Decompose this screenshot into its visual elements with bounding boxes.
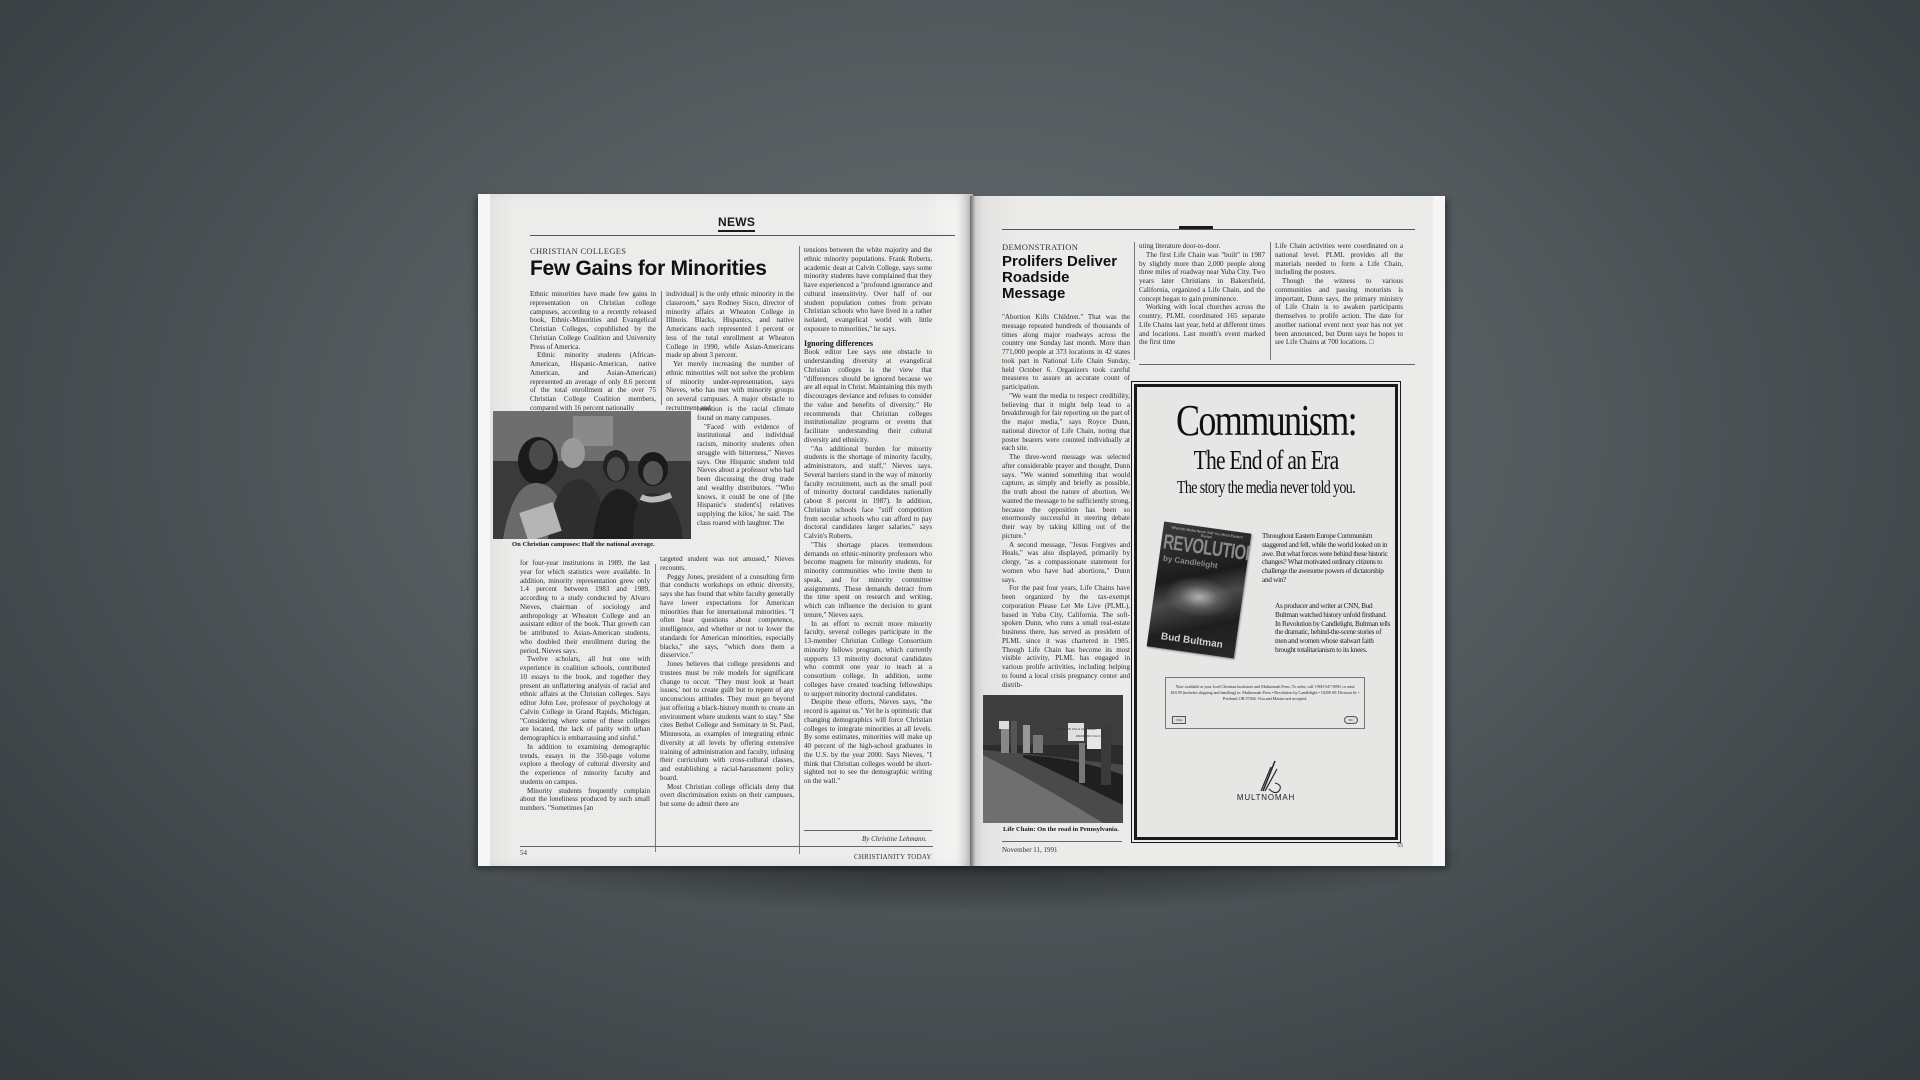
footer-rule xyxy=(520,846,933,847)
students-photo-illustration xyxy=(493,411,691,539)
paragraph: The three-word message was selected afte… xyxy=(1002,453,1130,541)
paragraph: Book editor Lee says one obstacle to und… xyxy=(804,348,932,444)
advertisement-communism-book: Communism: The End of an Era The story t… xyxy=(1134,384,1398,840)
issue-date: November 11, 1991 xyxy=(1002,846,1058,854)
paragraph: tensions between the white majority and … xyxy=(804,246,932,334)
article-kicker: CHRISTIAN COLLEGES xyxy=(530,246,767,256)
paragraph: targeted student was not amused," Nieves… xyxy=(660,555,794,573)
paragraph: In an effort to recruit more minority fa… xyxy=(804,620,932,699)
magazine-page-right: DEMONSTRATION Prolifers Deliver Roadside… xyxy=(970,196,1445,866)
publication-name: CHRISTIANITY TODAY xyxy=(854,853,932,861)
paragraph: For the past four years, Life Chains hav… xyxy=(1002,584,1130,689)
paragraph: uting literature door-to-door. xyxy=(1139,242,1265,251)
candlelight-crowd-image xyxy=(1162,572,1237,621)
article-column-2-top: individual] is the only ethnic minority … xyxy=(666,290,794,413)
photo-caption: Life Chain: On the road in Pennsylvania. xyxy=(1003,826,1119,833)
paragraph: Ethnic minorities have made few gains in… xyxy=(530,290,656,351)
column-rule xyxy=(655,564,656,852)
article-headline: Prolifers Deliver Roadside Message xyxy=(1002,254,1122,303)
footer-rule xyxy=(1002,841,1122,842)
paragraph: Jones believes that college presidents a… xyxy=(660,660,794,783)
paragraph: "We want the media to respect credibilit… xyxy=(1002,392,1130,453)
paragraph: Minority students frequently complain ab… xyxy=(520,787,650,813)
photo-caption: On Christian campuses: Half the national… xyxy=(512,541,655,548)
section-label: NEWS xyxy=(718,215,755,232)
header-tab xyxy=(1179,226,1213,229)
subheading: Ignoring differences xyxy=(804,340,932,349)
article-photo-students xyxy=(493,411,691,539)
svg-text:ABORTION KILLS CHILDREN: ABORTION KILLS CHILDREN xyxy=(1076,734,1117,738)
book-cover-author: Bud Bultman xyxy=(1147,629,1236,652)
paragraph: Twelve scholars, all but one with experi… xyxy=(520,655,650,743)
paragraph: A second message, "Jesus Forgives and He… xyxy=(1002,541,1130,585)
article-column-2-bottom: targeted student was not amused," Nieves… xyxy=(660,555,794,809)
article-header: DEMONSTRATION Prolifers Deliver Roadside… xyxy=(1002,242,1122,303)
ad-subtitle: The End of an Era xyxy=(1163,445,1369,476)
column-rule xyxy=(799,246,800,854)
article-column-1-bottom: for four-year institutions in 1989, the … xyxy=(520,559,650,813)
article-column-1-top: Ethnic minorities have made few gains in… xyxy=(530,290,656,413)
paragraph: "An additional burden for minority stude… xyxy=(804,445,932,541)
paragraph: "Abortion Kills Children." That was the … xyxy=(1002,313,1130,392)
article-column-3: tensions between the white majority and … xyxy=(804,246,932,786)
ad-order-info-box: Now available at your local Christian bo… xyxy=(1165,677,1365,729)
page-number: 54 xyxy=(520,849,527,857)
paragraph: Peggy Jones, president of a consulting f… xyxy=(660,573,794,661)
article-end-rule xyxy=(1139,364,1415,365)
column-rule xyxy=(1134,242,1135,360)
order-info-text: Now available at your local Christian bo… xyxy=(1171,684,1360,701)
ad-title: Communism: xyxy=(1160,395,1372,446)
article-kicker: DEMONSTRATION xyxy=(1002,242,1122,252)
mastercard-logo-icon: MC xyxy=(1344,716,1358,724)
article-column-3: Life Chain activities were coordinated o… xyxy=(1275,242,1403,347)
paragraph: Most Christian college officials deny th… xyxy=(660,783,794,809)
article-headline: Few Gains for Minorities xyxy=(530,258,767,280)
ad-body-paragraph-1: Throughout Eastern Europe Communism stag… xyxy=(1262,532,1390,585)
article-column-2: uting literature door-to-door. The first… xyxy=(1139,242,1265,347)
paragraph: Despite these efforts, Nieves says, "the… xyxy=(804,698,932,786)
article-column-1: "Abortion Kills Children." That was the … xyxy=(1002,313,1130,689)
paragraph: "This shortage places tremendous demands… xyxy=(804,541,932,620)
ad-body-paragraph-2: As producer and writer at CNN, Bud Bultm… xyxy=(1275,602,1393,655)
ad-body-text: As producer and writer at CNN, Bud Bultm… xyxy=(1275,601,1390,654)
publisher-name: MULTNOMAH xyxy=(1137,793,1395,802)
paragraph: individual] is the only ethnic minority … xyxy=(666,290,794,360)
paragraph: for four-year institutions in 1989, the … xyxy=(520,559,650,655)
paragraph: Working with local churches across the c… xyxy=(1139,303,1265,347)
ad-body-text: Throughout Eastern Europe Communism stag… xyxy=(1262,531,1388,584)
column-rule xyxy=(1270,242,1271,360)
paragraph: Life Chain activities were coordinated o… xyxy=(1275,242,1403,277)
visa-logo-icon: VISA xyxy=(1172,716,1186,724)
page-number: 55 xyxy=(1397,843,1403,849)
article-column-2-beside-photo: retention is the racial climate found on… xyxy=(697,405,794,528)
svg-text:ABORTION KILLS CHILDREN: ABORTION KILLS CHILDREN xyxy=(1056,727,1097,731)
byline: By Christine Lehmann. xyxy=(862,835,927,843)
ad-tagline: The story the media never told you. xyxy=(1165,477,1366,498)
column-rule xyxy=(661,291,662,405)
paragraph: retention is the racial climate found on… xyxy=(697,405,794,423)
byline-rule xyxy=(804,830,932,831)
book-cover-image: What the Media Never Told You About East… xyxy=(1147,521,1252,658)
article-header: CHRISTIAN COLLEGES Few Gains for Minorit… xyxy=(530,246,767,280)
magazine-page-left: NEWS CHRISTIAN COLLEGES Few Gains for Mi… xyxy=(478,194,973,866)
header-rule xyxy=(1002,229,1415,230)
paragraph: "Faced with evidence of institutional an… xyxy=(697,423,794,528)
section-rule xyxy=(530,235,955,236)
paragraph: In addition to examining demographic tre… xyxy=(520,743,650,787)
article-photo-life-chain: ABORTION KILLS CHILDREN ABORTION KILLS C… xyxy=(983,695,1123,823)
multnomah-logo-icon xyxy=(1249,757,1289,797)
paragraph: The first Life Chain was "built" in 1987… xyxy=(1139,251,1265,304)
paragraph: Though the witness to various communitie… xyxy=(1275,277,1403,347)
life-chain-photo-illustration: ABORTION KILLS CHILDREN ABORTION KILLS C… xyxy=(983,695,1123,823)
paragraph: Ethnic minority students (African-Americ… xyxy=(530,351,656,412)
